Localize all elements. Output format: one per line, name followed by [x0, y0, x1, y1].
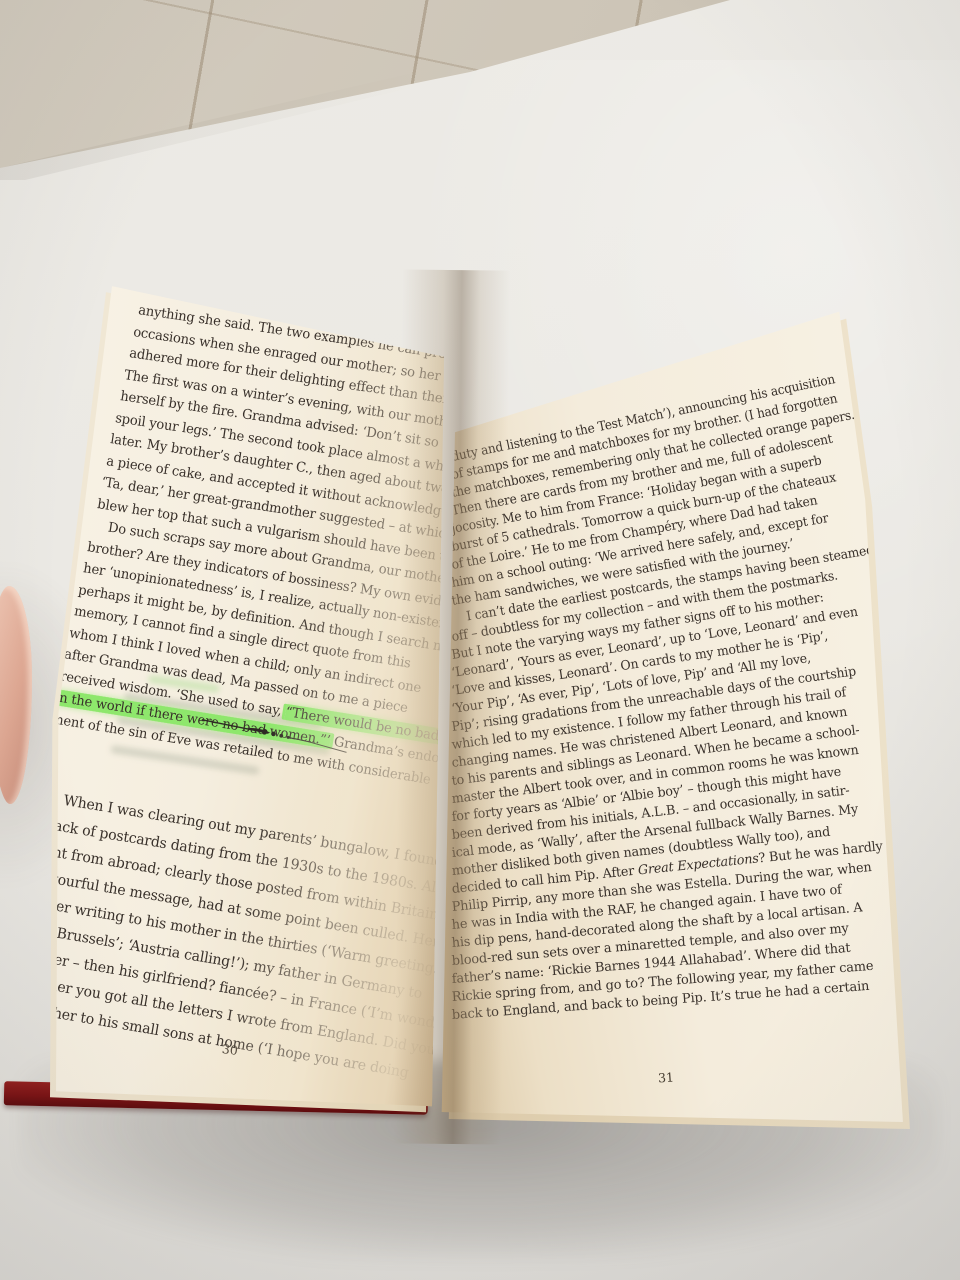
open-book: anything she said. The two examples he c… — [48, 282, 928, 1162]
photo-scene: anything she said. The two examples he c… — [0, 0, 960, 1280]
page-number-right: 31 — [657, 1069, 674, 1085]
right-page-text: duty and listening to the Test Match’), … — [452, 450, 902, 1026]
page-number-left: 30 — [221, 1041, 239, 1058]
gutter-shadow — [393, 269, 510, 1144]
left-page: anything she said. The two examples he c… — [48, 282, 448, 1112]
